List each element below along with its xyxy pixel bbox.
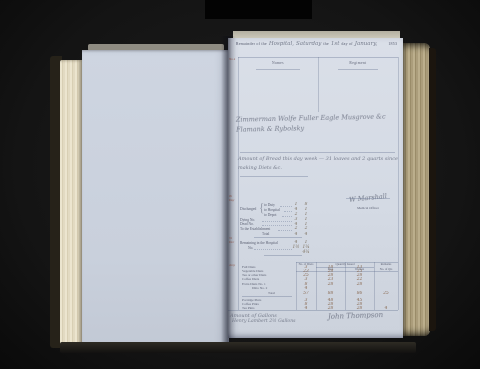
left-page-block-edges — [60, 60, 83, 346]
diet-total-remark: 25 — [374, 291, 398, 296]
diet-total-value: 57 — [296, 291, 316, 296]
heading-day-of: day of — [341, 41, 352, 46]
rule-under-names — [256, 69, 300, 70]
photo-background: Remainder of the Hospital, Saturday the … — [0, 0, 480, 369]
heading-the: the — [323, 41, 329, 46]
note-line-2: making Diets &c. — [238, 164, 393, 173]
remaining-label: Remaining in the Hospital — [240, 241, 278, 245]
rule-signature — [346, 198, 390, 199]
movement-label: To the Establishment — [240, 227, 270, 231]
rule-total — [254, 237, 302, 238]
total-value: 4 — [301, 232, 311, 237]
page-heading: Remainder of the Hospital, Saturday the … — [238, 41, 395, 47]
black-card — [205, 0, 312, 19]
diet-total-value: 88 — [316, 291, 345, 296]
movement-label: Dying No. — [240, 218, 255, 222]
dotted-leader — [282, 216, 292, 217]
rule-under-regiment — [338, 69, 378, 70]
total-value: 4 — [292, 232, 300, 237]
no-value: 1½ — [292, 245, 300, 250]
movement-label: Dead No. — [240, 222, 254, 226]
movement-value: 2 — [292, 226, 300, 231]
left-blank-page — [82, 50, 229, 346]
movement-label: to Depot — [264, 213, 276, 217]
no-label: No. — [248, 246, 253, 250]
note-line-1: Amount of Bread this day week — 31 loave… — [238, 155, 393, 164]
rule-under-entry — [240, 152, 395, 153]
medical-officer-title: Medical Officer — [340, 206, 396, 210]
heading-year: 1853 — [388, 41, 397, 46]
column-header-names: Names — [246, 61, 310, 65]
movement-value: 2 — [301, 226, 311, 231]
heading-date: 1st — [331, 41, 340, 47]
movement-label: to Duty — [264, 203, 275, 207]
right-page-block-fore-edge — [403, 43, 430, 336]
dotted-leader — [278, 230, 292, 231]
right-ledger-page: Remainder of the Hospital, Saturday the … — [228, 38, 403, 338]
diet-total-value: 86 — [345, 291, 374, 296]
rule-remaining — [264, 255, 302, 256]
extra-value: 4¼ — [301, 250, 311, 255]
heading-day-word: Saturday — [296, 41, 321, 47]
heading-subject: Hospital, — [269, 41, 294, 47]
clerk-signature: John Thompson — [328, 311, 383, 321]
total-label: Total — [262, 232, 269, 236]
diet-label: Ditto No. 2 — [252, 286, 267, 290]
rule-under-note — [240, 176, 308, 177]
diet-total-label: Total — [268, 291, 275, 295]
movement-label: to Hospital — [264, 208, 280, 212]
footer-note-2: Henry Lambert 2½ Gallons — [232, 319, 296, 324]
heading-month: January, — [355, 41, 378, 47]
book-bottom-edge — [60, 342, 416, 353]
book-gutter-shadow — [221, 36, 236, 342]
heading-printed-prefix: Remainder of the — [236, 41, 267, 46]
handwritten-note: Amount of Bread this day week — 31 loave… — [238, 155, 393, 172]
dotted-leader — [254, 249, 292, 250]
dotted-leader — [280, 206, 292, 207]
rule-table-right — [398, 57, 399, 310]
handwritten-entry: Zimmerman Wolfe Fuller Eagle Musgrove &c… — [236, 112, 397, 135]
book-cover-right-edge — [429, 48, 436, 331]
column-header-regiment: Regiment — [326, 61, 390, 65]
dotted-leader — [284, 211, 292, 212]
rule-column-divider — [318, 57, 319, 112]
